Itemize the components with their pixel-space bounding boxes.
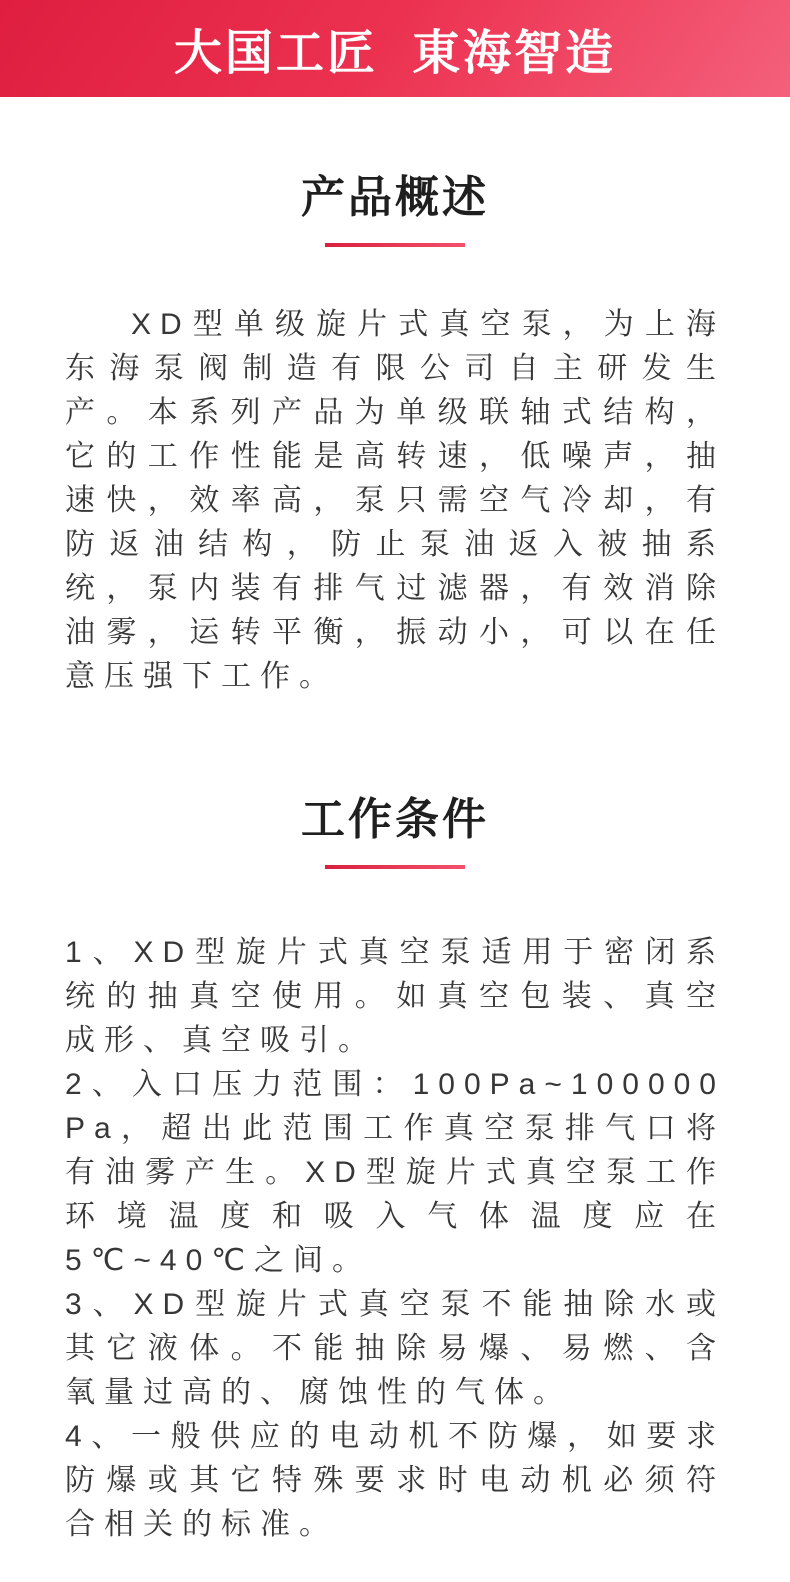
overview-heading-underline bbox=[325, 243, 465, 247]
overview-paragraph: XD型单级旋片式真空泵，为上海东海泵阀制造有限公司自主研发生产。本系列产品为单级… bbox=[65, 303, 725, 699]
conditions-list: 1、XD型旋片式真空泵适用于密闭系统的抽真空使用。如真空包装、真空成形、真空吸引… bbox=[65, 931, 725, 1547]
condition-item-2: 2、入口压力范围：100Pa~100000 Pa，超出此范围工作真空泵排气口将有… bbox=[65, 1063, 725, 1283]
overview-content: XD型单级旋片式真空泵，为上海东海泵阀制造有限公司自主研发生产。本系列产品为单级… bbox=[65, 303, 725, 699]
condition-item-4: 4、一般供应的电动机不防爆，如要求防爆或其它特殊要求时电动机必须符合相关的标准。 bbox=[65, 1415, 725, 1547]
conditions-heading: 工作条件 bbox=[0, 783, 790, 847]
condition-item-1: 1、XD型旋片式真空泵适用于密闭系统的抽真空使用。如真空包装、真空成形、真空吸引… bbox=[65, 931, 725, 1063]
condition-item-3: 3、XD型旋片式真空泵不能抽除水或其它液体。不能抽除易爆、易燃、含氧量过高的、腐… bbox=[65, 1283, 725, 1415]
product-detail-page: 大国工匠 東海智造 产品概述 XD型单级旋片式真空泵，为上海东海泵阀制造有限公司… bbox=[0, 0, 790, 1582]
section-product-overview: 产品概述 XD型单级旋片式真空泵，为上海东海泵阀制造有限公司自主研发生产。本系列… bbox=[0, 97, 790, 699]
conditions-heading-underline bbox=[325, 865, 465, 869]
overview-heading: 产品概述 bbox=[0, 161, 790, 225]
conditions-heading-wrap: 工作条件 bbox=[0, 783, 790, 869]
brand-banner-title: 大国工匠 東海智造 bbox=[174, 14, 616, 83]
section-working-conditions: 工作条件 1、XD型旋片式真空泵适用于密闭系统的抽真空使用。如真空包装、真空成形… bbox=[0, 699, 790, 1582]
overview-heading-wrap: 产品概述 bbox=[0, 161, 790, 247]
brand-banner: 大国工匠 東海智造 bbox=[0, 0, 790, 97]
